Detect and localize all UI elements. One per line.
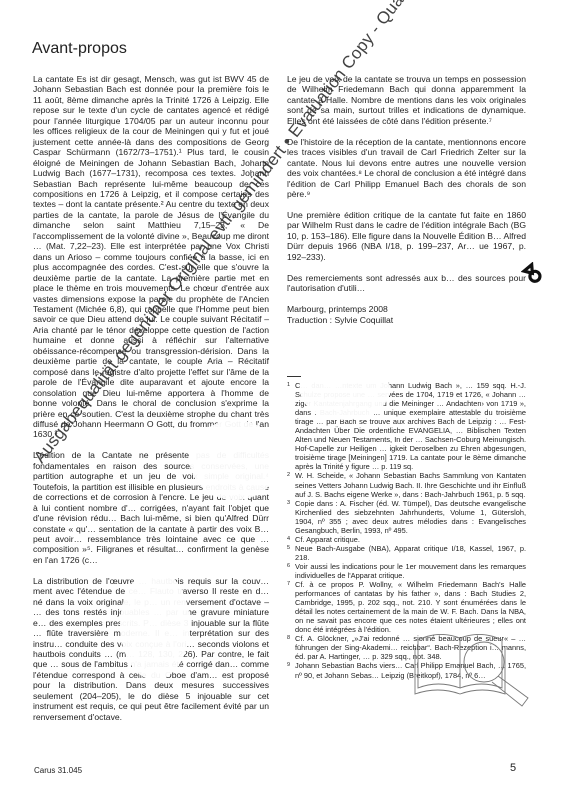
page-title: Avant-propos — [32, 40, 127, 58]
footnote-text: Cf. Apparat critique. — [295, 535, 360, 544]
catalog-number: Carus 31.045 — [34, 766, 82, 775]
footnote: 4Cf. Apparat critique. — [287, 535, 526, 544]
footnote-number: 4 — [287, 535, 290, 544]
place-date: Marbourg, printemps 2008 — [287, 304, 526, 314]
watermark-mask — [300, 360, 390, 420]
footnote: 2W. H. Scheide, « Johann Sebastian Bachs… — [287, 471, 526, 498]
paragraph-intro: La cantate Es ist dir gesagt, Mensch, wa… — [33, 74, 269, 440]
footnote: 6Voir aussi les indications pour le 1er … — [287, 562, 526, 580]
carus-logo-icon — [521, 262, 545, 286]
translator-credit: Traduction : Sylvie Coquillat — [287, 315, 526, 325]
footnote-number: 3 — [287, 499, 290, 508]
footnote: 3Copie dans : A. Fischer (éd. W. Tümpel)… — [287, 499, 526, 535]
watermark-mask — [190, 420, 280, 500]
footnote-text: Copie dans : A. Fischer (éd. W. Tümpel),… — [295, 499, 526, 535]
footnote-number: 6 — [287, 562, 290, 571]
footnote-number: 7 — [287, 580, 290, 589]
paragraph-acknowledgements: Des remerciements sont adressés aux b… d… — [287, 273, 526, 294]
footnote: 7Cf. à ce propos P. Wollny, « Wilhelm Fr… — [287, 580, 526, 634]
paragraph-reception: De l'histoire de la réception de la cant… — [287, 137, 526, 200]
footnote-text: Voir aussi les indications pour le 1er m… — [295, 562, 526, 580]
footnote-number: 8 — [287, 634, 290, 643]
paragraph-critical-edition: Une première édition critique de la cant… — [287, 210, 526, 262]
footnote-number: 9 — [287, 661, 290, 670]
page-number: 5 — [510, 762, 516, 774]
footnote-divider — [287, 376, 301, 377]
footnote-text: Cf. à ce propos P. Wollny, « Wilhelm Fri… — [295, 580, 526, 634]
footnote-number: 2 — [287, 471, 290, 480]
footnote-number: 5 — [287, 544, 290, 553]
footnote: 5Neue Bach-Ausgabe (NBA), Apparat critiq… — [287, 544, 526, 562]
book-magnifier-icon — [410, 628, 550, 728]
footnote-number: 1 — [287, 381, 290, 390]
watermark-mask — [120, 570, 190, 680]
footnote-text: W. H. Scheide, « Johann Sebastian Bachs … — [295, 471, 526, 498]
footnote-text: Neue Bach-Ausgabe (NBA), Apparat critiqu… — [295, 544, 526, 562]
